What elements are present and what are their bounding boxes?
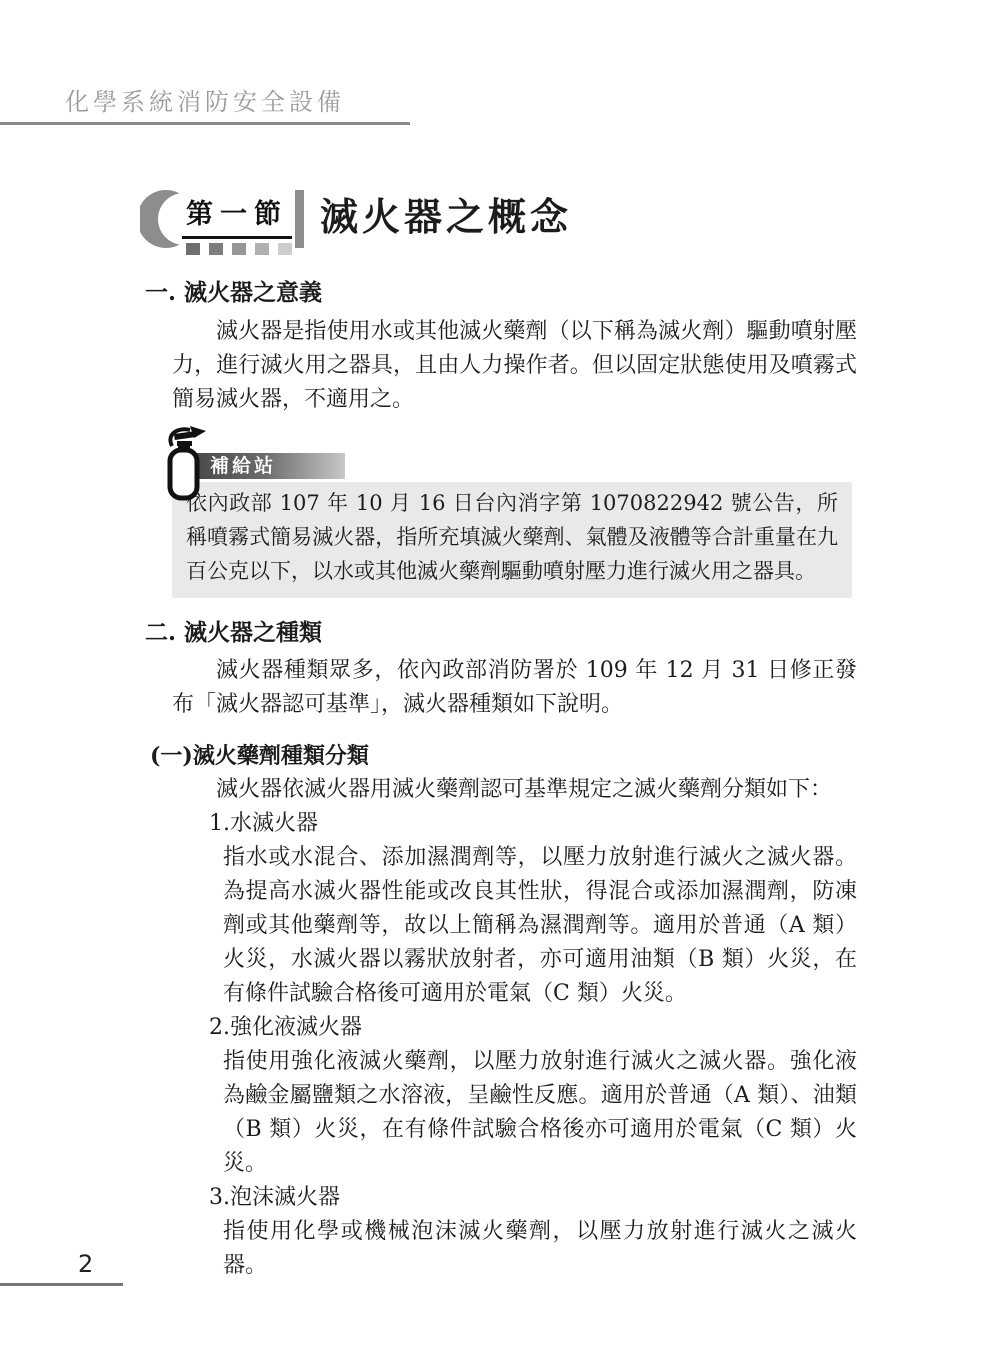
page-number: 2: [78, 1250, 93, 1278]
paragraph-extinguisher-types: 滅火器種類眾多，依內政部消防署於 109 年 12 月 31 日修正發布「滅火器…: [143, 654, 857, 722]
page-title: 滅火器之概念: [320, 188, 572, 246]
section-header: 第一節 滅火器之概念: [140, 188, 572, 255]
section-badge-label: 第一節: [182, 192, 292, 239]
section-divider-bar: [295, 190, 304, 248]
supply-label-bar: 補給站: [195, 453, 345, 479]
header-rule: [0, 122, 410, 125]
list-item-foam-extinguisher: 3.泡沫滅火器 指使用化學或機械泡沫滅火藥劑，以壓力放射進行滅火之滅火器。: [143, 1181, 857, 1283]
item-title: 3.泡沫滅火器: [209, 1181, 857, 1215]
footer-rule: [0, 1283, 123, 1286]
item-title: 2.強化液滅火器: [209, 1011, 857, 1045]
subheading-agent-classification: (一)滅火藥劑種類分類: [150, 739, 857, 773]
crescent-moon-icon: [140, 188, 188, 250]
badge-square: [255, 243, 269, 255]
badge-square: [278, 243, 292, 255]
main-content: 一. 滅火器之意義 滅火器是指使用水或其他滅火藥劑（以下稱為滅火劑）驅動噴射壓力…: [143, 276, 857, 1283]
item-title: 1.水滅火器: [209, 807, 857, 841]
item-body: 指使用強化液滅火藥劑，以壓力放射進行滅火之滅火器。強化液為鹼金屬鹽類之水溶液，呈…: [223, 1045, 857, 1181]
badge-square: [232, 243, 246, 255]
item-body: 指使用化學或機械泡沫滅火藥劑，以壓力放射進行滅火之滅火器。: [223, 1215, 857, 1283]
supply-note-box: 依內政部 107 年 10 月 16 日台內消字第 1070822942 號公告…: [172, 482, 852, 598]
item-body: 指水或水混合、添加濕潤劑等，以壓力放射進行滅火之滅火器。為提高水滅火器性能或改良…: [223, 841, 857, 1011]
supply-station-callout: 補給站 依內政部 107 年 10 月 16 日台內消字第 1070822942…: [143, 430, 857, 598]
badge-square: [209, 243, 223, 255]
heading-extinguisher-types: 二. 滅火器之種類: [145, 616, 857, 650]
supply-label: 補給站: [210, 455, 276, 477]
paragraph-agent-classification: 滅火器依滅火器用滅火藥劑認可基準規定之滅火藥劑分類如下：: [143, 773, 857, 807]
paragraph-extinguisher-meaning: 滅火器是指使用水或其他滅火藥劑（以下稱為滅火劑）驅動噴射壓力，進行滅火用之器具，…: [143, 315, 857, 417]
section-badge: 第一節: [182, 192, 292, 255]
list-item-water-extinguisher: 1.水滅火器 指水或水混合、添加濕潤劑等，以壓力放射進行滅火之滅火器。為提高水滅…: [143, 807, 857, 1011]
document-page: 化學系統消防安全設備 第一節 滅火器之概念 一. 滅火器之意義 滅火器是指使用水…: [0, 0, 1000, 1353]
heading-extinguisher-meaning: 一. 滅火器之意義: [145, 276, 857, 310]
book-title: 化學系統消防安全設備: [0, 82, 410, 122]
fire-extinguisher-icon: [162, 424, 210, 502]
list-item-strengthened-liquid-extinguisher: 2.強化液滅火器 指使用強化液滅火藥劑，以壓力放射進行滅火之滅火器。強化液為鹼金…: [143, 1011, 857, 1181]
page-header: 化學系統消防安全設備: [0, 82, 410, 125]
supply-station-header: 補給站: [172, 430, 857, 482]
badge-squares-decoration: [182, 243, 292, 255]
supply-note-text: 依內政部 107 年 10 月 16 日台內消字第 1070822942 號公告…: [186, 491, 838, 583]
badge-square: [186, 243, 200, 255]
